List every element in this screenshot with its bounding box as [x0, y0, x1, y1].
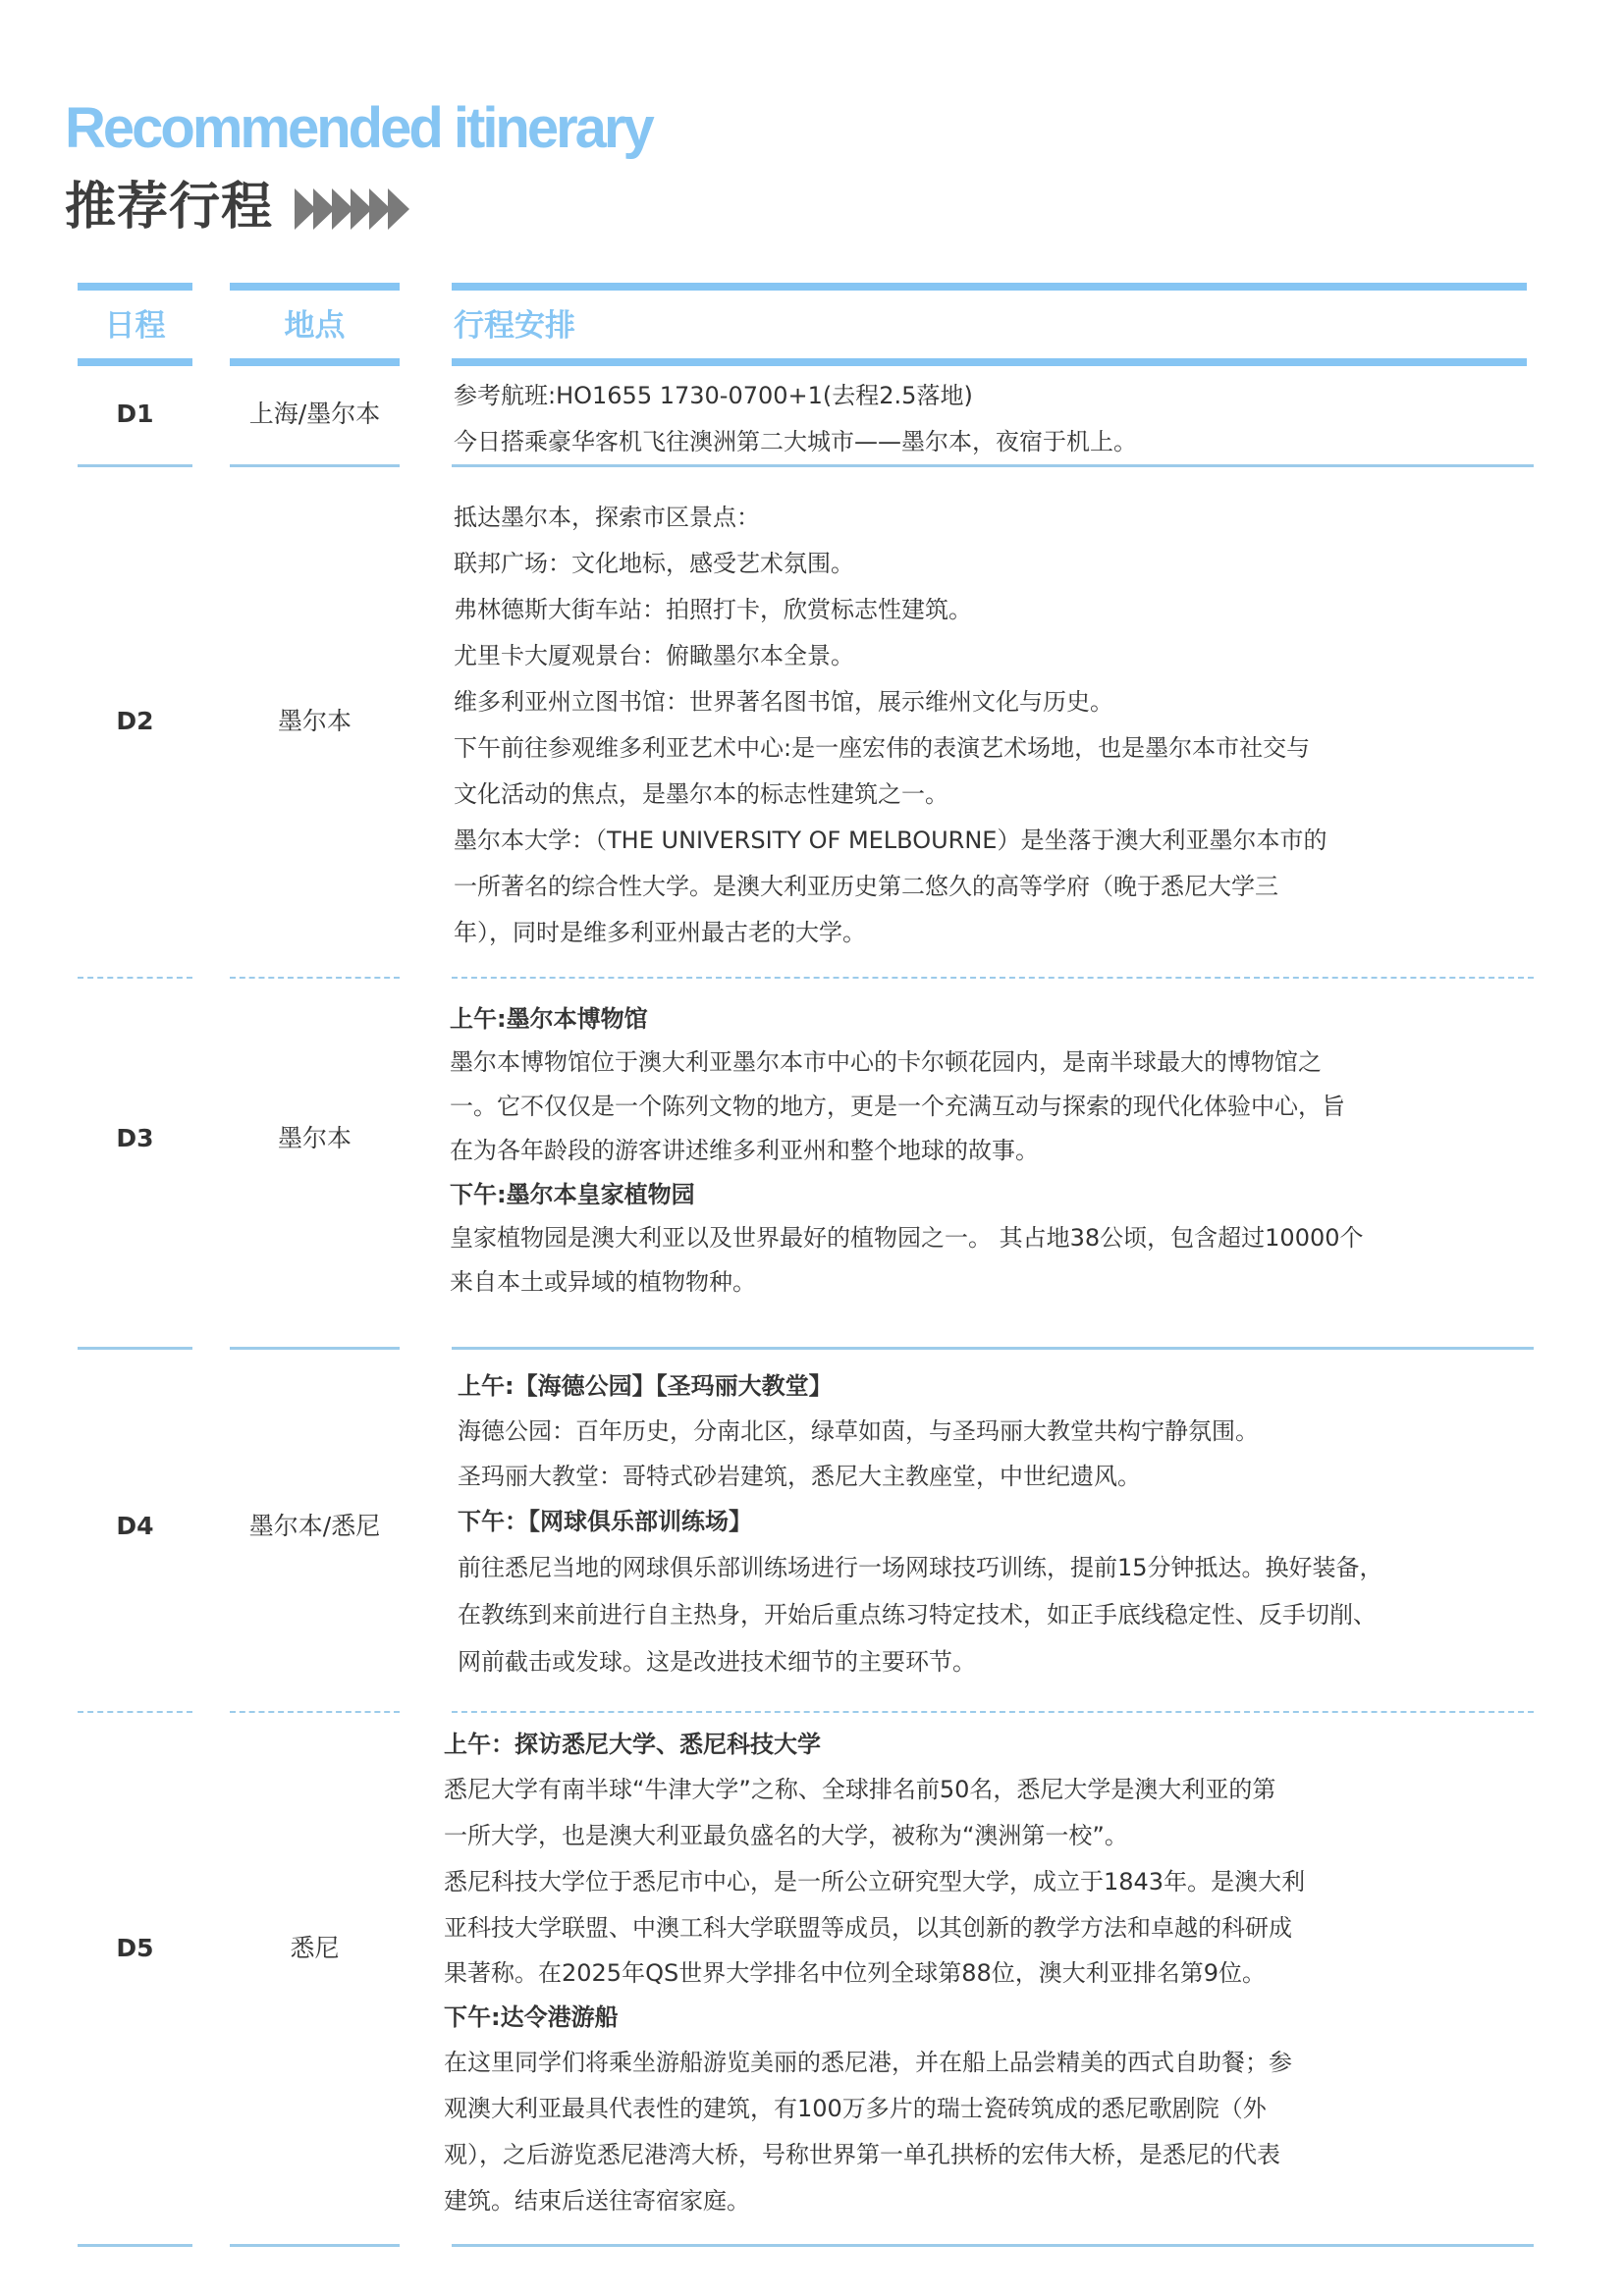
column-header-location: 地点 — [230, 299, 400, 352]
schedule-heading: 上午:【海德公园】【圣玛丽大教堂】 — [458, 1363, 1538, 1409]
row-divider — [452, 2244, 1534, 2247]
arrow-right-icon — [388, 188, 409, 230]
schedule-line: 墨尔本大学：（THE UNIVERSITY OF MELBOURNE）是坐落于澳… — [454, 818, 1534, 864]
schedule-heading: 上午:墨尔本博物馆 — [450, 997, 1530, 1041]
location-label: 墨尔本/悉尼 — [230, 1507, 400, 1546]
row-divider — [78, 977, 192, 979]
header-top-bar-schedule — [452, 283, 1527, 291]
day-label: D4 — [78, 1507, 192, 1546]
schedule-line: 下午前往参观维多利亚艺术中心:是一座宏伟的表演艺术场地，也是墨尔本市社交与 — [454, 725, 1534, 772]
schedule-heading: 下午:达令港游船 — [444, 1996, 1524, 2040]
schedule-line: 尤里卡大厦观景台：俯瞰墨尔本全景。 — [454, 633, 1534, 679]
schedule-line: 墨尔本博物馆位于澳大利亚墨尔本市中心的卡尔顿花园内，是南半球最大的博物馆之 — [450, 1041, 1530, 1085]
schedule-line: 抵达墨尔本，探索市区景点： — [454, 495, 1534, 541]
header-bottom-bar-day — [78, 358, 192, 366]
schedule-line: 在这里同学们将乘坐游船游览美丽的悉尼港，并在船上品尝精美的西式自助餐；参 — [444, 2040, 1524, 2086]
row-divider — [230, 2244, 400, 2247]
row-divider — [78, 2244, 192, 2247]
schedule-line: 一所著名的综合性大学。是澳大利亚历史第二悠久的高等学府（晚于悉尼大学三 — [454, 864, 1534, 910]
schedule-line: 一。它不仅仅是一个陈列文物的地方，更是一个充满互动与探索的现代化体验中心，旨 — [450, 1085, 1530, 1129]
schedule-content: 抵达墨尔本，探索市区景点： 联邦广场：文化地标，感受艺术氛围。 弗林德斯大街车站… — [454, 495, 1534, 956]
schedule-line: 来自本土或异域的植物物种。 — [450, 1260, 1530, 1305]
schedule-line: 悉尼大学有南半球“牛津大学”之称、全球排名前50名，悉尼大学是澳大利亚的第 — [444, 1767, 1524, 1813]
location-label: 墨尔本 — [230, 702, 400, 741]
schedule-line: 圣玛丽大教堂：哥特式砂岩建筑，悉尼大主教座堂，中世纪遗风。 — [458, 1454, 1538, 1499]
header-bottom-bar-schedule — [452, 358, 1527, 366]
column-header-day: 日程 — [78, 299, 192, 352]
schedule-heading: 上午：探访悉尼大学、悉尼科技大学 — [444, 1723, 1524, 1767]
day-label: D2 — [78, 702, 192, 741]
row-divider — [78, 1711, 192, 1713]
schedule-line: 观），之后游览悉尼港湾大桥，号称世界第一单孔拱桥的宏伟大桥，是悉尼的代表 — [444, 2132, 1524, 2178]
arrows-decoration — [295, 188, 406, 232]
row-divider — [78, 464, 192, 467]
schedule-line: 建筑。结束后送往寄宿家庭。 — [444, 2178, 1524, 2224]
row-divider — [230, 1711, 400, 1713]
schedule-line: 文化活动的焦点，是墨尔本的标志性建筑之一。 — [454, 772, 1534, 818]
schedule-line: 网前截击或发球。这是改进技术细节的主要环节。 — [458, 1638, 1538, 1685]
day-label: D3 — [78, 1119, 192, 1158]
schedule-line: 观澳大利亚最具代表性的建筑，有100万多片的瑞士瓷砖筑成的悉尼歌剧院（外 — [444, 2086, 1524, 2132]
row-divider — [452, 464, 1534, 467]
schedule-line: 在为各年龄段的游客讲述维多利亚州和整个地球的故事。 — [450, 1129, 1530, 1173]
day-label: D5 — [78, 1929, 192, 1968]
row-divider — [230, 977, 400, 979]
schedule-line: 悉尼科技大学位于悉尼市中心，是一所公立研究型大学，成立于1843年。是澳大利 — [444, 1859, 1524, 1905]
title-chinese: 推荐行程 — [65, 175, 273, 240]
schedule-content: 上午：探访悉尼大学、悉尼科技大学 悉尼大学有南半球“牛津大学”之称、全球排名前5… — [444, 1723, 1524, 2224]
day-label: D1 — [78, 395, 192, 434]
row-divider — [452, 1711, 1534, 1713]
schedule-line: 亚科技大学联盟、中澳工科大学联盟等成员，以其创新的教学方法和卓越的科研成 — [444, 1905, 1524, 1951]
schedule-line: 皇家植物园是澳大利亚以及世界最好的植物园之一。 其占地38公顷，包含超过1000… — [450, 1216, 1530, 1260]
schedule-heading: 下午：【网球俱乐部训练场】 — [458, 1499, 1538, 1544]
header-top-bar-day — [78, 283, 192, 291]
schedule-heading: 下午:墨尔本皇家植物园 — [450, 1173, 1530, 1216]
schedule-line: 年），同时是维多利亚州最古老的大学。 — [454, 910, 1534, 956]
schedule-line: 今日搭乘豪华客机飞往澳洲第二大城市——墨尔本，夜宿于机上。 — [454, 419, 1534, 465]
schedule-line: 维多利亚州立图书馆：世界著名图书馆，展示维州文化与历史。 — [454, 679, 1534, 725]
location-label: 上海/墨尔本 — [230, 395, 400, 434]
location-label: 墨尔本 — [230, 1119, 400, 1158]
schedule-line: 前往悉尼当地的网球俱乐部训练场进行一场网球技巧训练，提前15分钟抵达。换好装备， — [458, 1544, 1538, 1591]
schedule-line: 联邦广场：文化地标，感受艺术氛围。 — [454, 541, 1534, 587]
row-divider — [230, 464, 400, 467]
schedule-line: 在教练到来前进行自主热身，开始后重点练习特定技术，如正手底线稳定性、反手切削、 — [458, 1591, 1538, 1638]
schedule-content: 上午:【海德公园】【圣玛丽大教堂】 海德公园：百年历史，分南北区，绿草如茵，与圣… — [458, 1363, 1538, 1685]
row-divider — [78, 1347, 192, 1350]
row-divider — [452, 1347, 1534, 1350]
column-header-schedule: 行程安排 — [454, 299, 575, 352]
location-label: 悉尼 — [230, 1929, 400, 1968]
row-divider — [230, 1347, 400, 1350]
header-bottom-bar-location — [230, 358, 400, 366]
title-english: Recommended itinerary — [65, 94, 652, 163]
header-top-bar-location — [230, 283, 400, 291]
schedule-line: 弗林德斯大街车站：拍照打卡，欣赏标志性建筑。 — [454, 587, 1534, 633]
schedule-content: 参考航班:HO1655 1730-0700+1(去程2.5落地) 今日搭乘豪华客… — [454, 373, 1534, 465]
schedule-line: 一所大学，也是澳大利亚最负盛名的大学，被称为“澳洲第一校”。 — [444, 1813, 1524, 1859]
schedule-line: 参考航班:HO1655 1730-0700+1(去程2.5落地) — [454, 373, 1534, 419]
schedule-line: 果著称。在2025年QS世界大学排名中位列全球第88位，澳大利亚排名第9位。 — [444, 1951, 1524, 1996]
row-divider — [452, 977, 1534, 979]
schedule-line: 海德公园：百年历史，分南北区，绿草如茵，与圣玛丽大教堂共构宁静氛围。 — [458, 1409, 1538, 1454]
schedule-content: 上午:墨尔本博物馆 墨尔本博物馆位于澳大利亚墨尔本市中心的卡尔顿花园内，是南半球… — [450, 997, 1530, 1305]
